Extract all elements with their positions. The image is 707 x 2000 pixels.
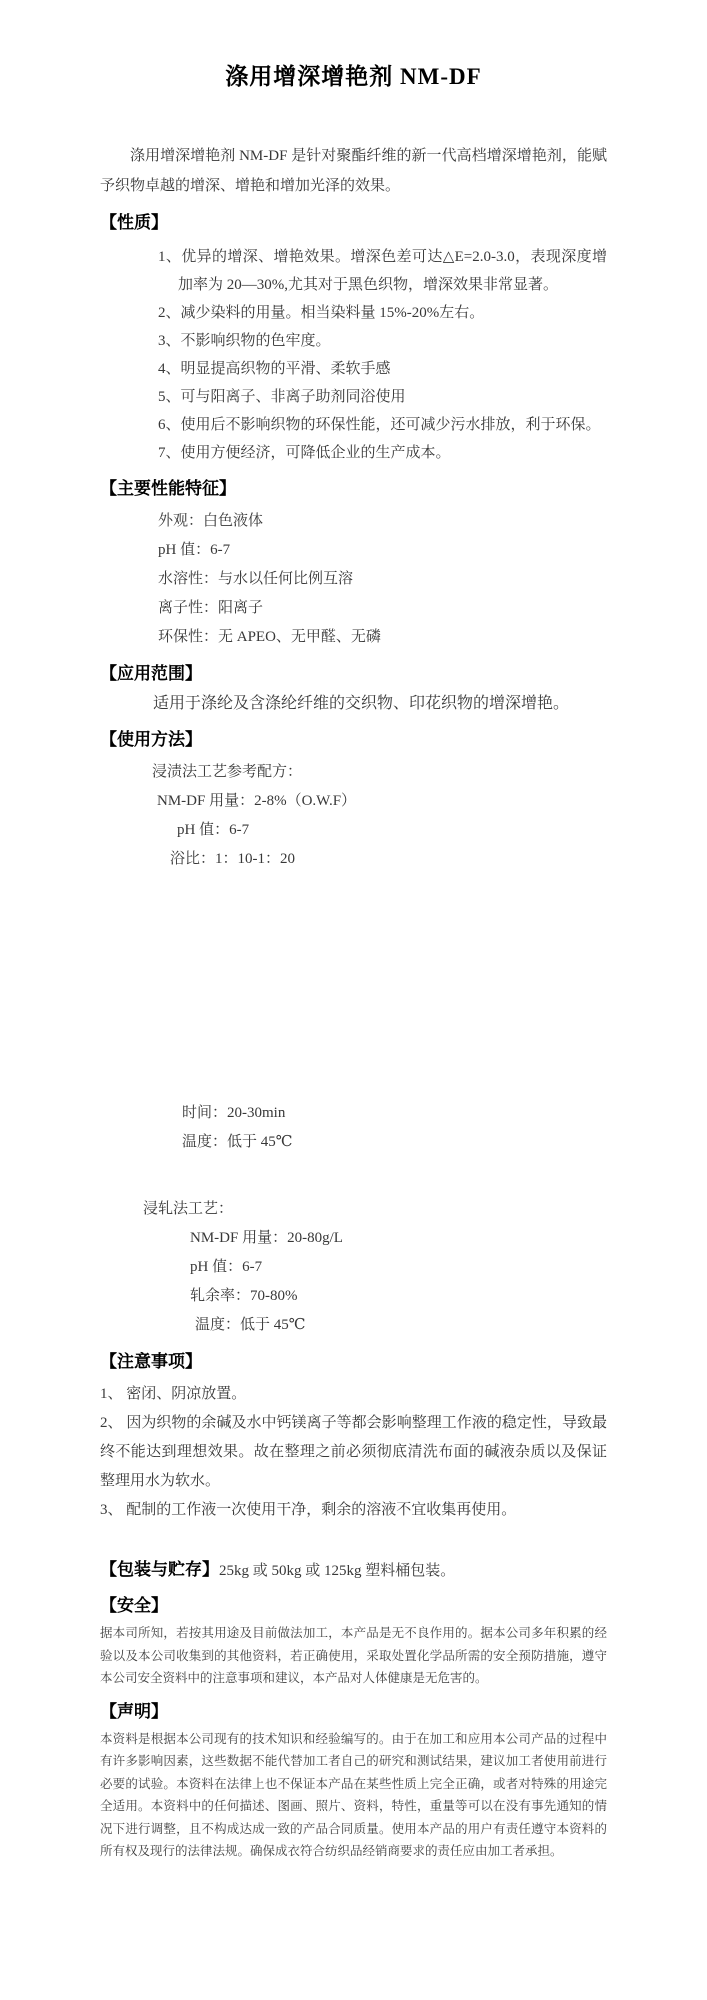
document-page: 涤用增深增艳剂 NM-DF 涤用增深增艳剂 NM-DF 是针对聚酯纤维的新一代高… [0, 0, 707, 2000]
section-heading-performance: 【主要性能特征】 [100, 477, 607, 501]
precaution-item-1: 1、 密闭、阴凉放置。 [100, 1380, 607, 1409]
section-heading-safety: 【安全】 [100, 1594, 607, 1618]
document-title: 涤用增深增艳剂 NM-DF [100, 0, 607, 91]
section-heading-packaging: 【包装与贮存】 [100, 1560, 219, 1579]
pad-process-title: 浸轧法工艺： [143, 1195, 607, 1224]
pad-process-pickup: 轧余率：70-80% [190, 1282, 607, 1311]
pad-process-temperature: 温度：低于 45℃ [195, 1311, 607, 1340]
property-item-2: 2、减少染料的用量。相当染料量 15%-20%左右。 [100, 299, 607, 327]
property-item-5: 5、可与阳离子、非离子助剂同浴使用 [100, 383, 607, 411]
dip-process-dosage: NM-DF 用量：2-8%（O.W.F） [157, 787, 607, 816]
property-item-6: 6、使用后不影响织物的环保性能，还可减少污水排放，利于环保。 [100, 411, 607, 439]
precaution-item-3: 3、 配制的工作液一次使用干净，剩余的溶液不宜收集再使用。 [100, 1496, 607, 1525]
property-item-7: 7、使用方便经济，可降低企业的生产成本。 [100, 439, 607, 467]
dip-process-bath-ratio: 浴比：1：10-1：20 [170, 845, 607, 874]
pad-process-ph: pH 值：6-7 [190, 1253, 607, 1282]
performance-spec-list: 外观：白色液体 pH 值：6-7 水溶性：与水以任何比例互溶 离子性：阳离子 环… [100, 507, 607, 652]
pad-process-dosage: NM-DF 用量：20-80g/L [190, 1224, 607, 1253]
statement-paragraph: 本资料是根据本公司现有的技术知识和经验编写的。由于在加工和应用本公司产品的过程中… [100, 1728, 607, 1863]
section-heading-usage: 【使用方法】 [100, 728, 607, 752]
spec-eco: 环保性：无 APEO、无甲醛、无磷 [158, 623, 607, 652]
packaging-line: 【包装与贮存】25kg 或 50kg 或 125kg 塑料桶包装。 [100, 1557, 607, 1584]
dip-process-title: 浸渍法工艺参考配方： [152, 758, 607, 787]
section-heading-statement: 【声明】 [100, 1700, 607, 1724]
dip-process-time: 时间：20-30min [182, 1099, 607, 1128]
section-heading-application: 【应用范围】 [100, 662, 607, 686]
property-item-1: 1、优异的增深、增艳效果。增深色差可达△E=2.0-3.0，表现深度增加率为 2… [100, 243, 607, 299]
section-heading-precautions: 【注意事项】 [100, 1350, 607, 1374]
dip-process-ph: pH 值：6-7 [177, 816, 607, 845]
document-content: 涤用增深增艳剂 NM-DF 涤用增深增艳剂 NM-DF 是针对聚酯纤维的新一代高… [0, 0, 707, 1863]
spec-solubility: 水溶性：与水以任何比例互溶 [158, 565, 607, 594]
section-heading-properties: 【性质】 [100, 211, 607, 235]
blank-space [100, 874, 607, 1099]
blank-space [100, 1157, 607, 1195]
property-item-3: 3、不影响织物的色牢度。 [100, 327, 607, 355]
properties-list: 1、优异的增深、增艳效果。增深色差可达△E=2.0-3.0，表现深度增加率为 2… [100, 243, 607, 467]
spec-appearance: 外观：白色液体 [158, 507, 607, 536]
precaution-item-2: 2、 因为织物的余碱及水中钙镁离子等都会影响整理工作液的稳定性，导致最终不能达到… [100, 1409, 607, 1496]
packaging-content: 25kg 或 50kg 或 125kg 塑料桶包装。 [219, 1563, 455, 1579]
dip-process-temperature: 温度：低于 45℃ [182, 1128, 607, 1157]
intro-paragraph: 涤用增深增艳剂 NM-DF 是针对聚酯纤维的新一代高档增深增艳剂，能赋予织物卓越… [100, 141, 607, 201]
spec-ph: pH 值：6-7 [158, 536, 607, 565]
safety-paragraph: 据本司所知，若按其用途及目前做法加工，本产品是无不良作用的。据本公司多年积累的经… [100, 1622, 607, 1690]
property-item-4: 4、明显提高织物的平滑、柔软手感 [100, 355, 607, 383]
application-content: 适用于涤纶及含涤纶纤维的交织物、印花织物的增深增艳。 [153, 690, 607, 718]
spec-ionicity: 离子性：阳离子 [158, 594, 607, 623]
